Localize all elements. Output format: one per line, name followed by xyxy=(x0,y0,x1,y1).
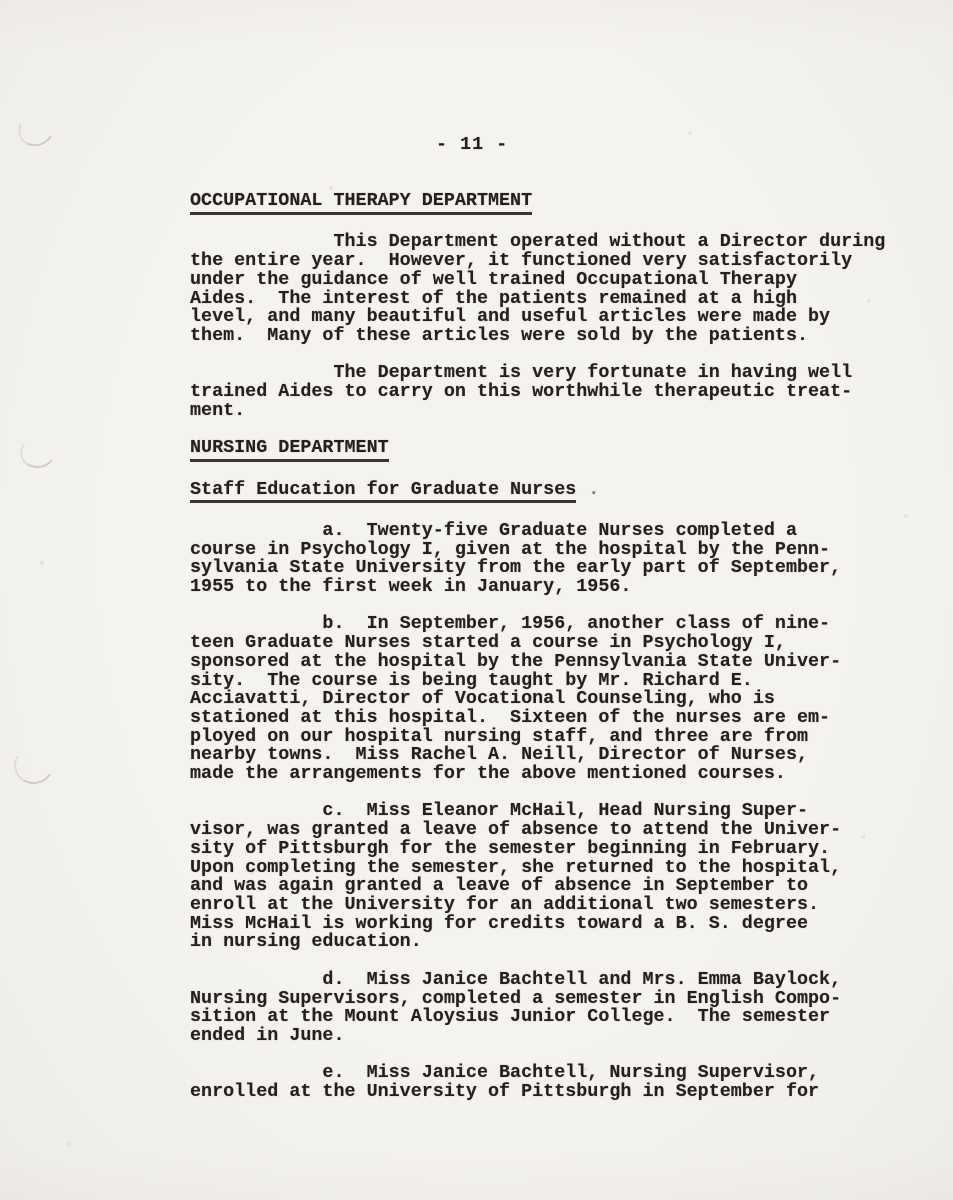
section-heading-occupational-therapy: OCCUPATIONAL THERAPY DEPARTMENT xyxy=(190,192,890,215)
page-number: - 11 - xyxy=(436,136,890,155)
typewritten-text-column: - 11 - OCCUPATIONAL THERAPY DEPARTMENT T… xyxy=(190,136,890,1120)
paragraph-item-a: a. Twenty-five Graduate Nurses completed… xyxy=(190,522,890,597)
section-heading-nursing: NURSING DEPARTMENT xyxy=(190,439,890,462)
subheading-staff-education: Staff Education for Graduate Nurses. xyxy=(190,481,890,504)
paper-noise-specks xyxy=(0,0,2,2)
scanned-document-page: - 11 - OCCUPATIONAL THERAPY DEPARTMENT T… xyxy=(0,0,953,1200)
heading-text: Staff Education for Graduate Nurses xyxy=(190,481,576,504)
paragraph-item-c: c. Miss Eleanor McHail, Head Nursing Sup… xyxy=(190,802,890,952)
paragraph-ot-2: The Department is very fortunate in havi… xyxy=(190,364,890,420)
paragraph-item-d: d. Miss Janice Bachtell and Mrs. Emma Ba… xyxy=(190,971,890,1046)
paragraph-ot-1: This Department operated without a Direc… xyxy=(190,233,890,345)
stray-ink-mark: . xyxy=(588,479,599,500)
heading-text: NURSING DEPARTMENT xyxy=(190,439,389,462)
punch-hole-icon xyxy=(10,742,58,789)
heading-text: OCCUPATIONAL THERAPY DEPARTMENT xyxy=(190,192,532,215)
punch-hole-icon xyxy=(14,109,58,151)
paragraph-item-e: e. Miss Janice Bachtell, Nursing Supervi… xyxy=(190,1064,890,1101)
paragraph-item-b: b. In September, 1956, another class of … xyxy=(190,615,890,783)
punch-hole-icon xyxy=(17,433,58,471)
